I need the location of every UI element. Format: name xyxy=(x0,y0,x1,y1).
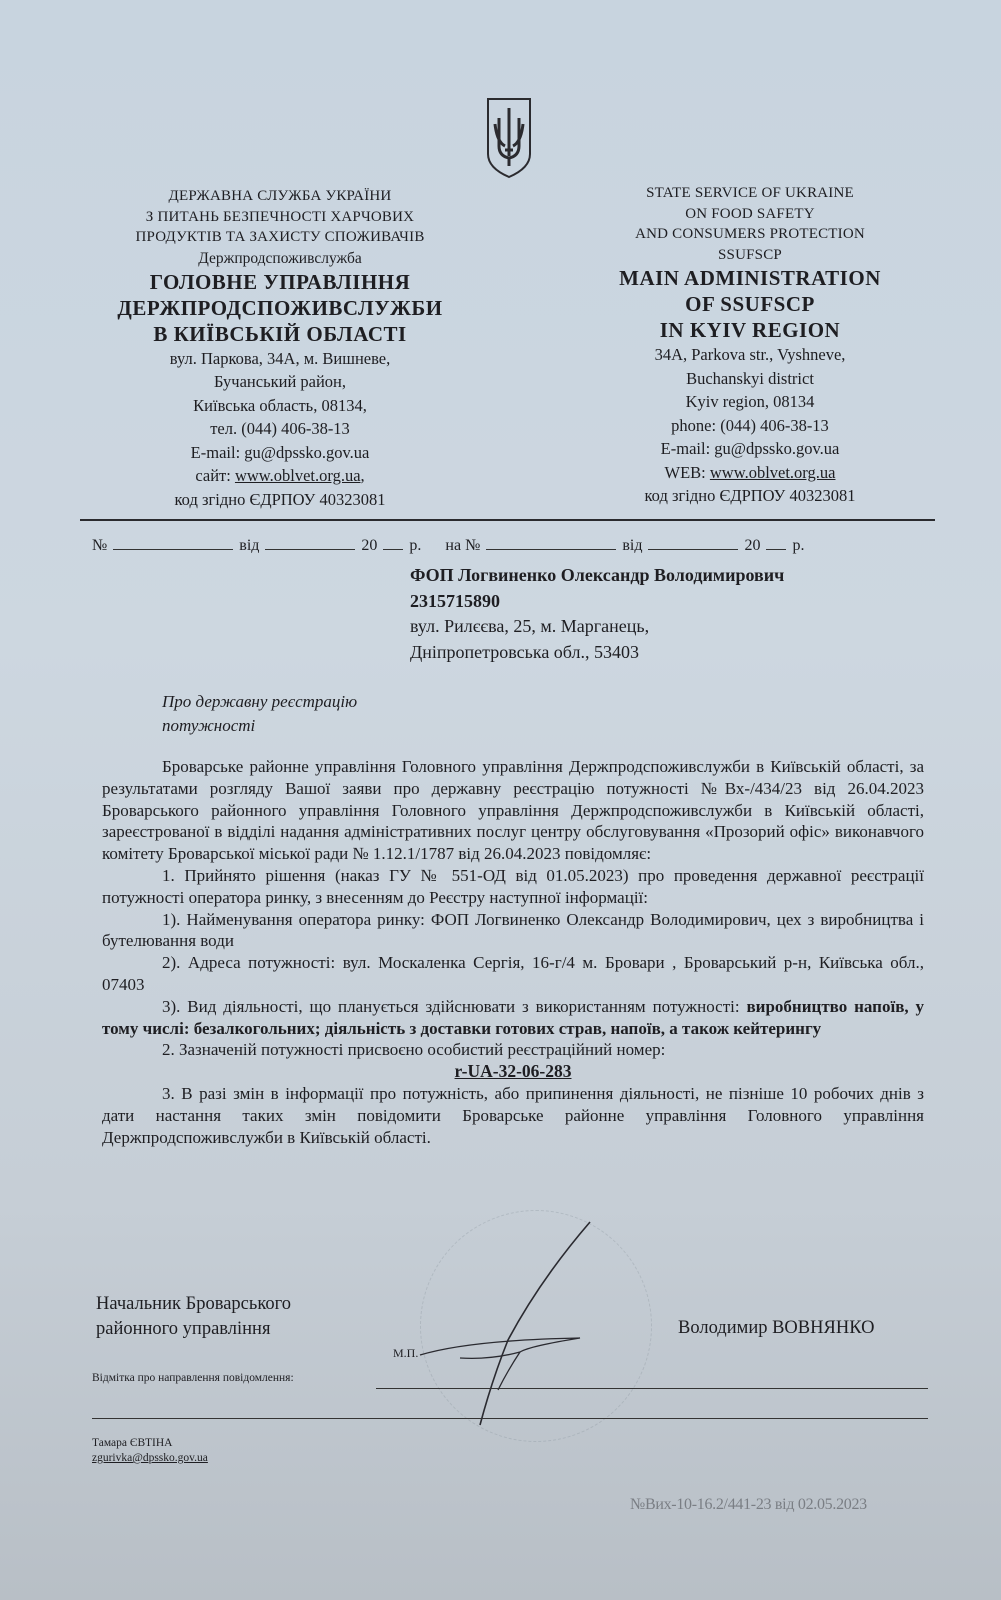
office-line: MAIN ADMINISTRATION xyxy=(590,265,910,291)
registration-number: r-UA-32-06-283 xyxy=(102,1061,924,1083)
position-line: районного управління xyxy=(96,1317,291,1342)
edrpou-line: код згідно ЄДРПОУ 40323081 xyxy=(590,484,910,508)
agency-line: SSUFSCP xyxy=(590,245,910,266)
address-line: вул. Паркова, 34А, м. Вишневе, xyxy=(90,347,470,371)
phone-line: phone: (044) 406-38-13 xyxy=(590,414,910,438)
site-suffix: , xyxy=(361,466,365,485)
office-line: OF SSUFSCP xyxy=(590,291,910,317)
ref-year-suffix: р. xyxy=(409,537,421,555)
office-line: В КИЇВСЬКІЙ ОБЛАСТІ xyxy=(90,321,470,347)
ref-no-blank xyxy=(113,535,233,550)
item-1-2: 2). Адреса потужності: вул. Москаленка С… xyxy=(102,952,924,996)
edrpou-line: код згідно ЄДРПОУ 40323081 xyxy=(90,488,470,512)
item-1-1: 1). Найменування оператора ринку: ФОП Ло… xyxy=(102,909,924,953)
addressee-address: вул. Рилєєва, 25, м. Марганець, xyxy=(410,614,784,640)
outgoing-number-stamp: №Вих-10-16.2/441-23 від 02.05.2023 xyxy=(630,1496,867,1514)
ref-year-blank xyxy=(383,535,403,550)
item-2: 2. Зазначеній потужності присвоєно особи… xyxy=(102,1039,924,1061)
addressee-address: Дніпропетровська обл., 53403 xyxy=(410,640,784,666)
position-line: Начальник Броварського xyxy=(96,1292,291,1317)
reference-line: № від 20 р. на № від 20 р. xyxy=(92,535,932,555)
seal-label: М.П. xyxy=(393,1346,418,1361)
item-3: 3. В разі змін в інформації про потужніс… xyxy=(102,1083,924,1148)
reply-no-blank xyxy=(486,535,616,550)
site-line: сайт: www.oblvet.org.ua, xyxy=(90,464,470,488)
office-line: ДЕРЖПРОДСПОЖИВСЛУЖБИ xyxy=(90,295,470,321)
ref-year-label: 20 xyxy=(361,537,377,555)
phone-line: тел. (044) 406-38-13 xyxy=(90,417,470,441)
letter-page: ДЕРЖАВНА СЛУЖБА УКРАЇНИ З ПИТАНЬ БЕЗПЕЧН… xyxy=(0,0,1001,1600)
subject: Про державну реєстрацію потужності xyxy=(162,690,357,738)
web-label: WEB: xyxy=(665,463,710,482)
web-link[interactable]: www.oblvet.org.ua xyxy=(710,463,836,482)
intro-paragraph: Броварське районне управління Головного … xyxy=(102,756,924,865)
reply-year-suffix: р. xyxy=(792,537,804,555)
executor-block: Тамара ЄВТІНА zgurivka@dpssko.gov.ua xyxy=(92,1436,208,1466)
item-1-3: 3). Вид діяльності, що планується здійсн… xyxy=(102,996,924,1040)
agency-line: AND CONSUMERS PROTECTION xyxy=(590,224,910,245)
header-divider xyxy=(80,519,935,521)
email-line: E-mail: gu@dpssko.gov.ua xyxy=(90,441,470,465)
agency-line: ДЕРЖАВНА СЛУЖБА УКРАЇНИ xyxy=(90,186,470,207)
agency-line: ПРОДУКТІВ ТА ЗАХИСТУ СПОЖИВАЧІВ xyxy=(90,227,470,248)
reply-year-blank xyxy=(766,535,786,550)
agency-line: З ПИТАНЬ БЕЗПЕЧНОСТІ ХАРЧОВИХ xyxy=(90,207,470,228)
address-line: Бучанський район, xyxy=(90,370,470,394)
address-line: Kyiv region, 08134 xyxy=(590,390,910,414)
agency-short: Держпродспоживслужба xyxy=(90,248,470,269)
addressee-name: ФОП Логвиненко Олександр Володимирович xyxy=(410,563,784,589)
ref-date-blank xyxy=(265,535,355,550)
address-line: Київська область, 08134, xyxy=(90,394,470,418)
agency-line: ON FOOD SAFETY xyxy=(590,204,910,225)
subject-line: потужності xyxy=(162,714,357,738)
office-line: ГОЛОВНЕ УПРАВЛІННЯ xyxy=(90,269,470,295)
site-link[interactable]: www.oblvet.org.ua xyxy=(235,466,361,485)
ref-from-label: від xyxy=(239,537,259,555)
routing-note: Відмітка про направлення повідомлення: xyxy=(92,1372,294,1384)
header-ukrainian: ДЕРЖАВНА СЛУЖБА УКРАЇНИ З ПИТАНЬ БЕЗПЕЧН… xyxy=(90,186,470,511)
agency-line: STATE SERVICE OF UKRAINE xyxy=(590,183,910,204)
email-line: E-mail: gu@dpssko.gov.ua xyxy=(590,437,910,461)
item-1: 1. Прийнято рішення (наказ ГУ № 551-ОД в… xyxy=(102,865,924,909)
office-line: IN KYIV REGION xyxy=(590,317,910,343)
reply-date-blank xyxy=(648,535,738,550)
addressee-tax-id: 2315715890 xyxy=(410,589,784,615)
reply-no-label: на № xyxy=(445,537,480,555)
signatory-name: Володимир ВОВНЯНКО xyxy=(678,1318,874,1339)
executor-email[interactable]: zgurivka@dpssko.gov.ua xyxy=(92,1451,208,1466)
routing-note-line xyxy=(92,1418,928,1419)
subject-line: Про державну реєстрацію xyxy=(162,690,357,714)
letter-body: Броварське районне управління Головного … xyxy=(102,756,924,1148)
reply-year-label: 20 xyxy=(744,537,760,555)
coat-of-arms-trident-icon xyxy=(485,96,533,180)
address-line: 34A, Parkova str., Vyshneve, xyxy=(590,343,910,367)
signatory-position: Начальник Броварського районного управлі… xyxy=(96,1292,291,1342)
ref-no-label: № xyxy=(92,537,107,555)
header-english: STATE SERVICE OF UKRAINE ON FOOD SAFETY … xyxy=(590,183,910,508)
web-line: WEB: www.oblvet.org.ua xyxy=(590,461,910,485)
address-line: Buchanskyi district xyxy=(590,367,910,391)
site-label: сайт: xyxy=(195,466,235,485)
reply-from-label: від xyxy=(622,537,642,555)
addressee-block: ФОП Логвиненко Олександр Володимирович 2… xyxy=(410,563,784,665)
routing-note-line xyxy=(376,1388,928,1389)
activity-label: 3). Вид діяльності, що планується здійсн… xyxy=(162,997,747,1016)
signature-scribble xyxy=(380,1220,640,1430)
executor-name: Тамара ЄВТІНА xyxy=(92,1436,208,1451)
